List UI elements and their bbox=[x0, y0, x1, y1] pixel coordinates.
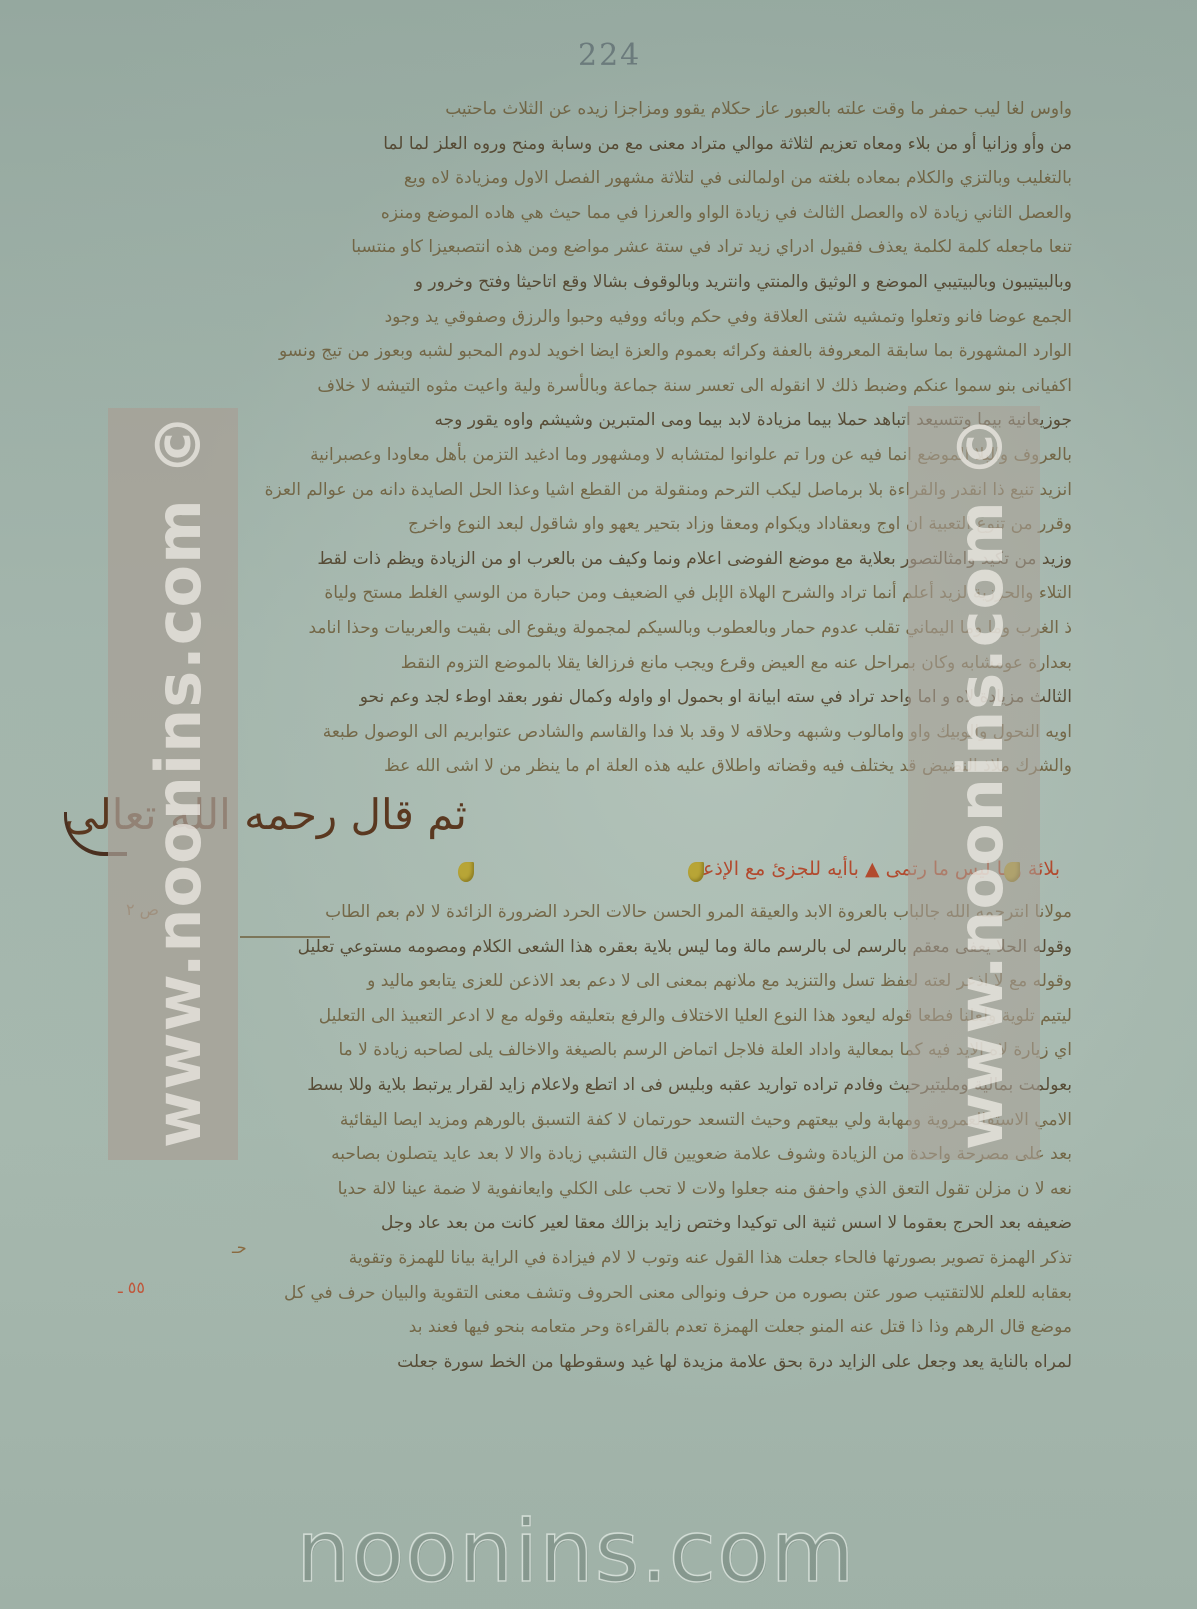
manuscript-line: بعقابه للعلم للالتقتيب صور عتن بصوره من … bbox=[262, 1276, 1072, 1311]
marginal-rule bbox=[240, 936, 330, 938]
manuscript-line: لمراه بالناية يعد وجعل على الزايد درة بح… bbox=[262, 1345, 1072, 1380]
manuscript-line: ضعيفه بعد الحرج بعقوما لا اسس ثنية الى ت… bbox=[262, 1206, 1072, 1241]
margin-note-lower: حـ bbox=[232, 1238, 247, 1257]
manuscript-line: والعصل الثاني زيادة لاه والعصل الثالث في… bbox=[262, 196, 1072, 231]
manuscript-line: تذكر الهمزة تصوير بصورتها فالحاء جعلت هذ… bbox=[262, 1241, 1072, 1276]
manuscript-line: الوارد المشهورة بما سابقة المعروفة بالعف… bbox=[262, 334, 1072, 369]
watermark-vertical-left: www.noonins.com © bbox=[142, 413, 215, 1148]
leaf-ornament-icon bbox=[688, 862, 704, 882]
manuscript-line: واوس لغا ليب حمفر ما وقت علته بالعبور عا… bbox=[262, 92, 1072, 127]
manuscript-line: موضع قال الرهم وذا ذا قتل عنه المنو جعلت… bbox=[262, 1310, 1072, 1345]
manuscript-line: نعه لا ن مزلن تقول التعق الذي واحفق منه … bbox=[262, 1172, 1072, 1207]
manuscript-line: اكفيانى بنو سموا عنكم وضبط ذلك لا انقوله… bbox=[262, 369, 1072, 404]
manuscript-line: بالتغليب وبالتزي والكلام بمعاده بلغته من… bbox=[262, 161, 1072, 196]
leaf-ornament-icon bbox=[458, 862, 474, 882]
manuscript-line: الجمع عوضا فانو وتعلوا وتمشيه شتى العلاق… bbox=[262, 300, 1072, 335]
manuscript-line: تنعا ماجعله كلمة لكلمة يعذف فقيول ادراي … bbox=[262, 230, 1072, 265]
watermark-vertical-right: www.noonins.com © bbox=[944, 415, 1017, 1150]
margin-red-mark: ٥٥ ـ bbox=[118, 1278, 145, 1297]
manuscript-line: وبالبيتيبون وبالبيتيبي الموضع و الوثيق و… bbox=[262, 265, 1072, 300]
watermark-bottom: noonins.com bbox=[296, 1502, 855, 1602]
manuscript-line: من وأو وزانيا أو من بلاء ومعاه تعزيم لثل… bbox=[262, 127, 1072, 162]
folio-number: 224 bbox=[578, 38, 641, 73]
